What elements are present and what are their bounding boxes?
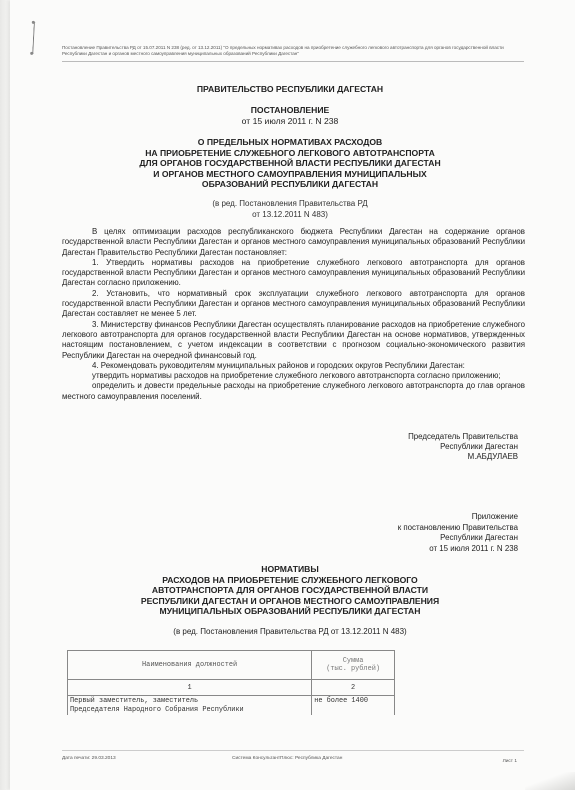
table-header-row: Наименования должностей Сумма (тыс. рубл…: [68, 651, 395, 680]
appendix-line: к постановлению Правительства: [398, 523, 518, 534]
column-number: 1: [68, 680, 312, 696]
decree-title-line: ОБРАЗОВАНИЙ РЕСПУБЛИКИ ДАГЕСТАН: [55, 179, 525, 190]
decree-title-line: О ПРЕДЕЛЬНЫХ НОРМАТИВАХ РАСХОДОВ: [55, 137, 525, 148]
norms-title-line: МУНИЦИПАЛЬНЫХ ОБРАЗОВАНИЙ РЕСПУБЛИКИ ДАГ…: [55, 606, 525, 617]
signature-position: Председатель Правительства: [408, 432, 518, 442]
norms-title-line: НОРМАТИВЫ: [55, 564, 525, 575]
table-row: Первый заместитель, заместитель Председа…: [68, 696, 395, 716]
decree-title-line: ДЛЯ ОРГАНОВ ГОСУДАРСТВЕННОЙ ВЛАСТИ РЕСПУ…: [55, 158, 525, 169]
clause-2: 2. Установить, что нормативный срок эксп…: [62, 289, 525, 320]
signature-block: Председатель Правительства Республики Да…: [408, 432, 518, 462]
amount-header-unit: (тыс. рублей): [314, 665, 392, 673]
norms-title-line: РЕСПУБЛИКИ ДАГЕСТАН И ОРГАНОВ МЕСТНОГО С…: [55, 596, 525, 607]
footer-divider: [62, 750, 524, 751]
amount-cell: не более 1400: [312, 696, 395, 716]
decree-edition-note: (в ред. Постановления Правительства РД о…: [55, 198, 525, 220]
position-text: Первый заместитель, заместитель: [70, 697, 309, 706]
header-divider: [62, 61, 524, 62]
norms-table: Наименования должностей Сумма (тыс. рубл…: [67, 650, 395, 715]
header-note: Постановление Правительства РД от 15.07.…: [62, 45, 524, 57]
position-text: Председателя Народного Собрания Республи…: [70, 706, 309, 715]
decree-title-line: И ОРГАНОВ МЕСТНОГО САМОУПРАВЛЕНИЯ МУНИЦИ…: [55, 169, 525, 180]
norms-title: НОРМАТИВЫ РАСХОДОВ НА ПРИОБРЕТЕНИЕ СЛУЖЕ…: [55, 564, 525, 617]
clause-3: 3. Министерству финансов Республики Даге…: [62, 320, 525, 361]
appendix-label: Приложение: [398, 512, 518, 523]
preamble-paragraph: В целях оптимизации расходов республикан…: [62, 227, 525, 258]
clause-4-item-2: определить и довести предельные расходы …: [62, 381, 525, 402]
decree-type: ПОСТАНОВЛЕНИЕ: [55, 105, 525, 116]
decree-title-line: НА ПРИОБРЕТЕНИЕ СЛУЖЕБНОГО ЛЕГКОВОГО АВТ…: [55, 148, 525, 159]
appendix-date: от 15 июля 2011 г. N 238: [398, 544, 518, 555]
edition-line: (в ред. Постановления Правительства РД: [55, 198, 525, 209]
signature-position: Республики Дагестан: [408, 442, 518, 452]
scan-left-edge: [0, 0, 10, 790]
column-header-amount: Сумма (тыс. рублей): [312, 651, 395, 680]
column-number-row: 1 2: [68, 680, 395, 696]
clause-4: 4. Рекомендовать руководителям муниципал…: [62, 361, 525, 371]
column-number: 2: [312, 680, 395, 696]
norms-title-line: АВТОТРАНСПОРТА ДЛЯ ОРГАНОВ ГОСУДАРСТВЕНН…: [55, 585, 525, 596]
footer-sheet-number: Лист 1: [503, 759, 517, 764]
government-title: ПРАВИТЕЛЬСТВО РЕСПУБЛИКИ ДАГЕСТАН: [55, 84, 525, 94]
page-curl-shadow: [525, 772, 575, 790]
appendix-reference: Приложение к постановлению Правительства…: [398, 512, 518, 554]
signature-name: М.АБДУЛАЕВ: [408, 452, 518, 462]
edition-line: от 13.12.2011 N 483): [55, 209, 525, 220]
decree-body: В целях оптимизации расходов республикан…: [62, 227, 525, 402]
clause-1: 1. Утвердить нормативы расходов на приоб…: [62, 258, 525, 289]
norms-edition-note: (в ред. Постановления Правительства РД о…: [55, 627, 525, 636]
amount-header-line: Сумма: [314, 657, 392, 665]
clause-4-item-1: утвердить нормативы расходов на приобрет…: [62, 371, 525, 381]
decree-title: О ПРЕДЕЛЬНЫХ НОРМАТИВАХ РАСХОДОВ НА ПРИО…: [55, 137, 525, 190]
footer-print-date: Дата печати: 29.03.2013: [62, 756, 116, 761]
position-cell: Первый заместитель, заместитель Председа…: [68, 696, 312, 716]
appendix-line: Республики Дагестан: [398, 533, 518, 544]
decree-date: от 15 июля 2011 г. N 238: [55, 116, 525, 127]
footer-system: Система КонсультантПлюс: Республика Даге…: [232, 756, 342, 761]
norms-title-line: РАСХОДОВ НА ПРИОБРЕТЕНИЕ СЛУЖЕБНОГО ЛЕГК…: [55, 575, 525, 586]
column-header-position: Наименования должностей: [68, 651, 312, 680]
